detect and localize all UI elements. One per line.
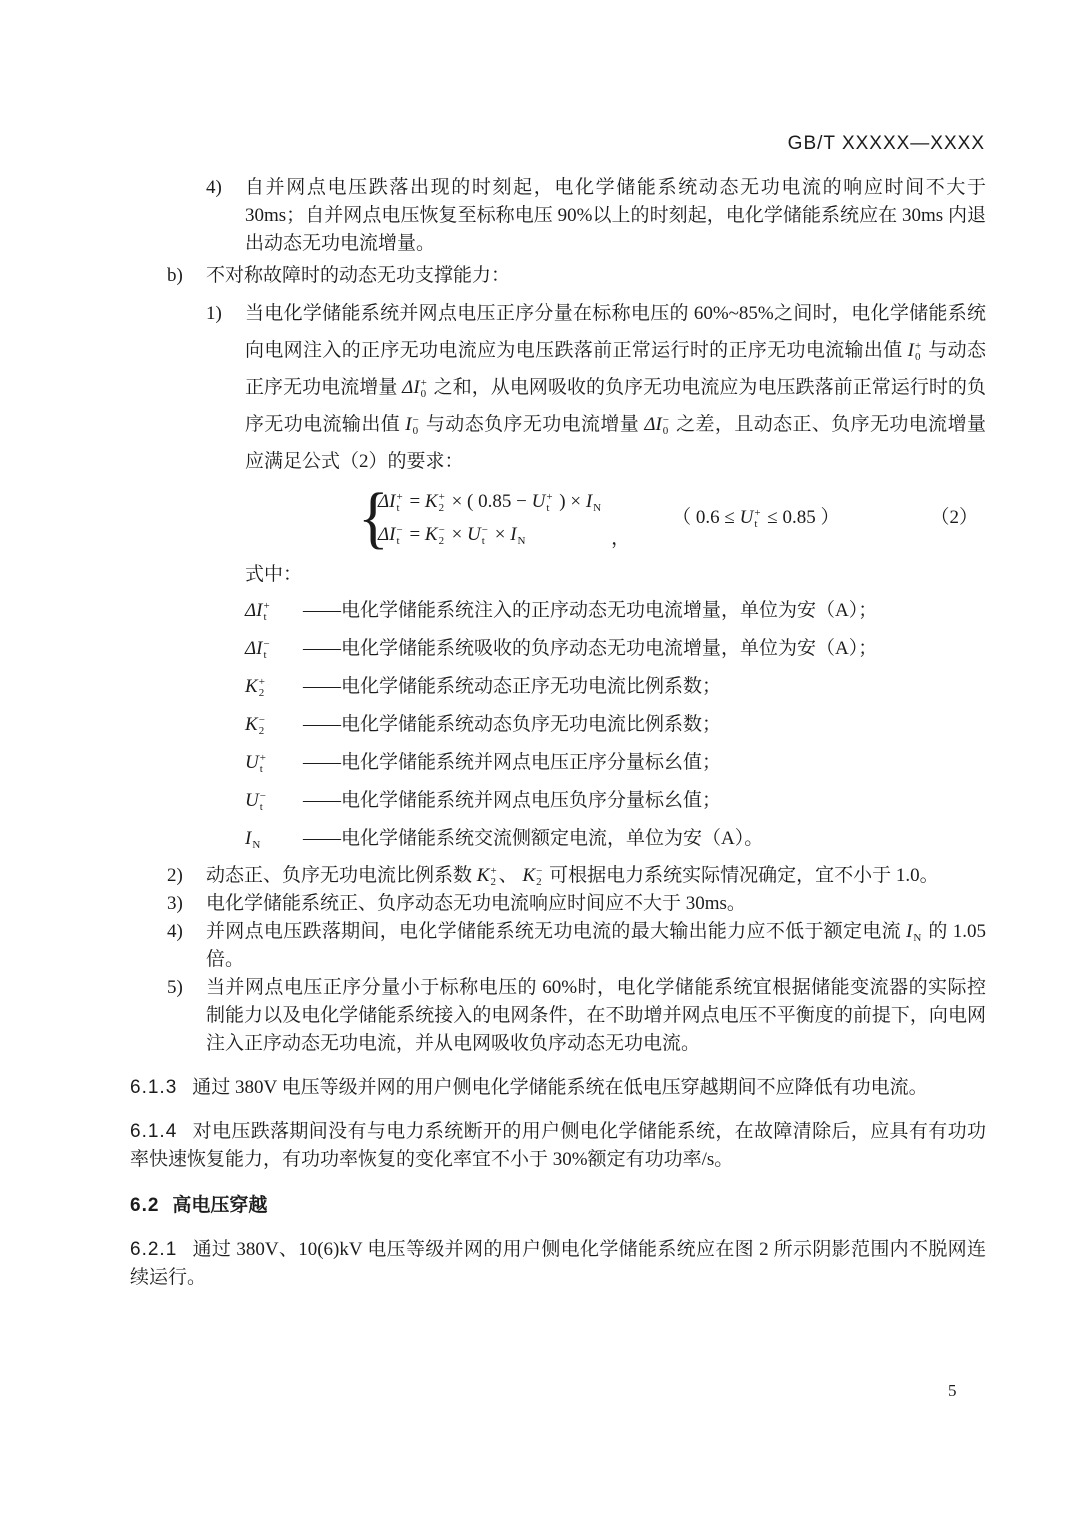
list-item-a4: 4) 自并网点电压跌落出现的时刻起，电化学储能系统动态无功电流的响应时间不大于 … (130, 174, 986, 258)
section-number: 6.2 (130, 1195, 159, 1216)
list-item-b1: 1) 当电化学储能系统并网点电压正序分量在标称电压的 60%~85%之间时，电化… (130, 295, 986, 480)
math-symbol: K−2 (245, 706, 267, 744)
clause-number: 6.1.4 (130, 1121, 177, 1142)
math-symbol: ΔI−t (245, 630, 272, 668)
document-code-header: GB/T XXXXX—XXXX (788, 133, 985, 155)
symbol: ΔI−t (245, 630, 303, 668)
math-symbol: U+t (740, 504, 763, 532)
list-item-label: 4) (206, 174, 245, 258)
symbol: ΔI+t (245, 592, 303, 630)
math-symbol: I−0 (405, 406, 421, 443)
formula-2: { ΔI+t = K+2 × ( 0.85 − U+t ) × I N ΔI−t… (358, 482, 978, 554)
symbol: K+2 (245, 668, 303, 706)
formula-line-2: ΔI−t = K−2 × U−t × I N (378, 518, 603, 551)
symbol-definition-row: ΔI−t ——电化学储能系统吸收的负序动态无功电流增量，单位为安（A）； (130, 630, 986, 668)
math-symbol: U+t (532, 485, 555, 518)
list-item-text: 自并网点电压跌落出现的时刻起，电化学储能系统动态无功电流的响应时间不大于 30m… (245, 174, 986, 258)
where-label: 式中： (130, 558, 986, 592)
list-item-b3: 3) 电化学储能系统正、负序动态无功电流响应时间应不大于 30ms。 (130, 890, 986, 918)
math-symbol: ΔI+0 (402, 369, 429, 406)
symbol: I N (245, 820, 303, 858)
list-item-text: 当电化学储能系统并网点电压正序分量在标称电压的 60%~85%之间时，电化学储能… (245, 295, 986, 480)
math-symbol: U+t (245, 744, 268, 782)
list-item-b4: 4) 并网点电压跌落期间，电化学储能系统无功电流的最大输出能力应不低于额定电流 … (130, 918, 986, 974)
symbol-definition-text: ——电化学储能系统交流侧额定电流，单位为安（A）。 (303, 820, 986, 858)
symbol: U+t (245, 744, 303, 782)
section-heading-6-2: 6.2高电压穿越 (130, 1192, 986, 1220)
list-item-label: b) (167, 262, 206, 290)
math-symbol: K+2 (245, 668, 267, 706)
math-symbol: U−t (467, 518, 490, 551)
math-symbol: K−2 (522, 862, 544, 890)
list-item-label: 2) (167, 862, 206, 890)
formula-line-1: ΔI+t = K+2 × ( 0.85 − U+t ) × I N (378, 485, 603, 518)
clause-text: 对电压跌落期间没有与电力系统断开的用户侧电化学储能系统，在故障清除后，应具有有功… (130, 1121, 986, 1170)
math-symbol: I N (510, 518, 527, 551)
page-number: 5 (948, 1381, 957, 1401)
list-item-text: 并网点电压跌落期间，电化学储能系统无功电流的最大输出能力应不低于额定电流 I N… (206, 918, 986, 974)
clause-number: 6.1.3 (130, 1077, 177, 1098)
list-item-label: 1) (206, 295, 245, 480)
symbol-definition-row: ΔI+t ——电化学储能系统注入的正序动态无功电流增量，单位为安（A）； (130, 592, 986, 630)
math-symbol: ΔI+t (245, 592, 272, 630)
symbol-definition-row: U−t ——电化学储能系统并网点电压负序分量标幺值； (130, 782, 986, 820)
section-title: 高电压穿越 (172, 1195, 267, 1216)
symbol-definition-row: K+2 ——电化学储能系统动态正序无功电流比例系数； (130, 668, 986, 706)
clause-number: 6.2.1 (130, 1239, 177, 1260)
symbol-definition-text: ——电化学储能系统吸收的负序动态无功电流增量，单位为安（A）； (303, 630, 986, 668)
clause-6-1-3: 6.1.3通过 380V 电压等级并网的用户侧电化学储能系统在低电压穿越期间不应… (130, 1074, 986, 1102)
math-symbol: K+2 (477, 862, 499, 890)
symbol-definition-text: ——电化学储能系统并网点电压负序分量标幺值； (303, 782, 986, 820)
list-item-label: 4) (167, 918, 206, 974)
math-symbol: K+2 (425, 485, 447, 518)
symbol-definition-text: ——电化学储能系统动态正序无功电流比例系数； (303, 668, 986, 706)
formula-condition: （ 0.6 ≤ U+t ≤ 0.85 ） (672, 504, 839, 532)
clause-text: 通过 380V、10(6)kV 电压等级并网的用户侧电化学储能系统应在图 2 所… (130, 1239, 986, 1288)
list-item-text: 电化学储能系统正、负序动态无功电流响应时间应不大于 30ms。 (206, 890, 986, 918)
symbol: U−t (245, 782, 303, 820)
symbol-definition-text: ——电化学储能系统注入的正序动态无功电流增量，单位为安（A）； (303, 592, 986, 630)
list-item-text: 当并网点电压正序分量小于标称电压的 60%时，电化学储能系统宜根据储能变流器的实… (206, 974, 986, 1058)
list-item-label: 5) (167, 974, 206, 1058)
math-symbol: I+0 (908, 332, 924, 369)
list-item-text: 动态正、负序无功电流比例系数 K+2、 K−2 可根据电力系统实际情况确定，宜不… (206, 862, 986, 890)
formula-equations: ΔI+t = K+2 × ( 0.85 − U+t ) × I N ΔI−t =… (378, 485, 603, 551)
list-item-b: b) 不对称故障时的动态无功支撑能力： (130, 262, 986, 290)
symbol-definition-row: U+t ——电化学储能系统并网点电压正序分量标幺值； (130, 744, 986, 782)
list-item-label: 3) (167, 890, 206, 918)
symbol-definition-text: ——电化学储能系统动态负序无功电流比例系数； (303, 706, 986, 744)
symbol-definition-row: K−2 ——电化学储能系统动态负序无功电流比例系数； (130, 706, 986, 744)
list-item-b5: 5) 当并网点电压正序分量小于标称电压的 60%时，电化学储能系统宜根据储能变流… (130, 974, 986, 1058)
symbol-definition-text: ——电化学储能系统并网点电压正序分量标幺值； (303, 744, 986, 782)
document-body: 4) 自并网点电压跌落出现的时刻起，电化学储能系统动态无功电流的响应时间不大于 … (130, 174, 986, 1292)
formula-brace: { (358, 480, 378, 556)
math-symbol: K−2 (425, 518, 447, 551)
list-item-text: 不对称故障时的动态无功支撑能力： (206, 262, 986, 290)
list-item-b2: 2) 动态正、负序无功电流比例系数 K+2、 K−2 可根据电力系统实际情况确定… (130, 862, 986, 890)
formula-comma: ， (611, 524, 630, 554)
clause-text: 通过 380V 电压等级并网的用户侧电化学储能系统在低电压穿越期间不应降低有功电… (192, 1077, 927, 1098)
math-symbol: I N (586, 485, 603, 518)
math-symbol: U−t (245, 782, 268, 820)
clause-6-2-1: 6.2.1通过 380V、10(6)kV 电压等级并网的用户侧电化学储能系统应在… (130, 1236, 986, 1292)
math-symbol: I N (245, 820, 262, 858)
math-symbol: ΔI−0 (644, 406, 671, 443)
math-symbol: I N (906, 918, 923, 946)
symbol: K−2 (245, 706, 303, 744)
clause-6-1-4: 6.1.4对电压跌落期间没有与电力系统断开的用户侧电化学储能系统，在故障清除后，… (130, 1118, 986, 1174)
symbol-definition-row: I N ——电化学储能系统交流侧额定电流，单位为安（A）。 (130, 820, 986, 858)
formula-number: （2） (930, 504, 978, 532)
